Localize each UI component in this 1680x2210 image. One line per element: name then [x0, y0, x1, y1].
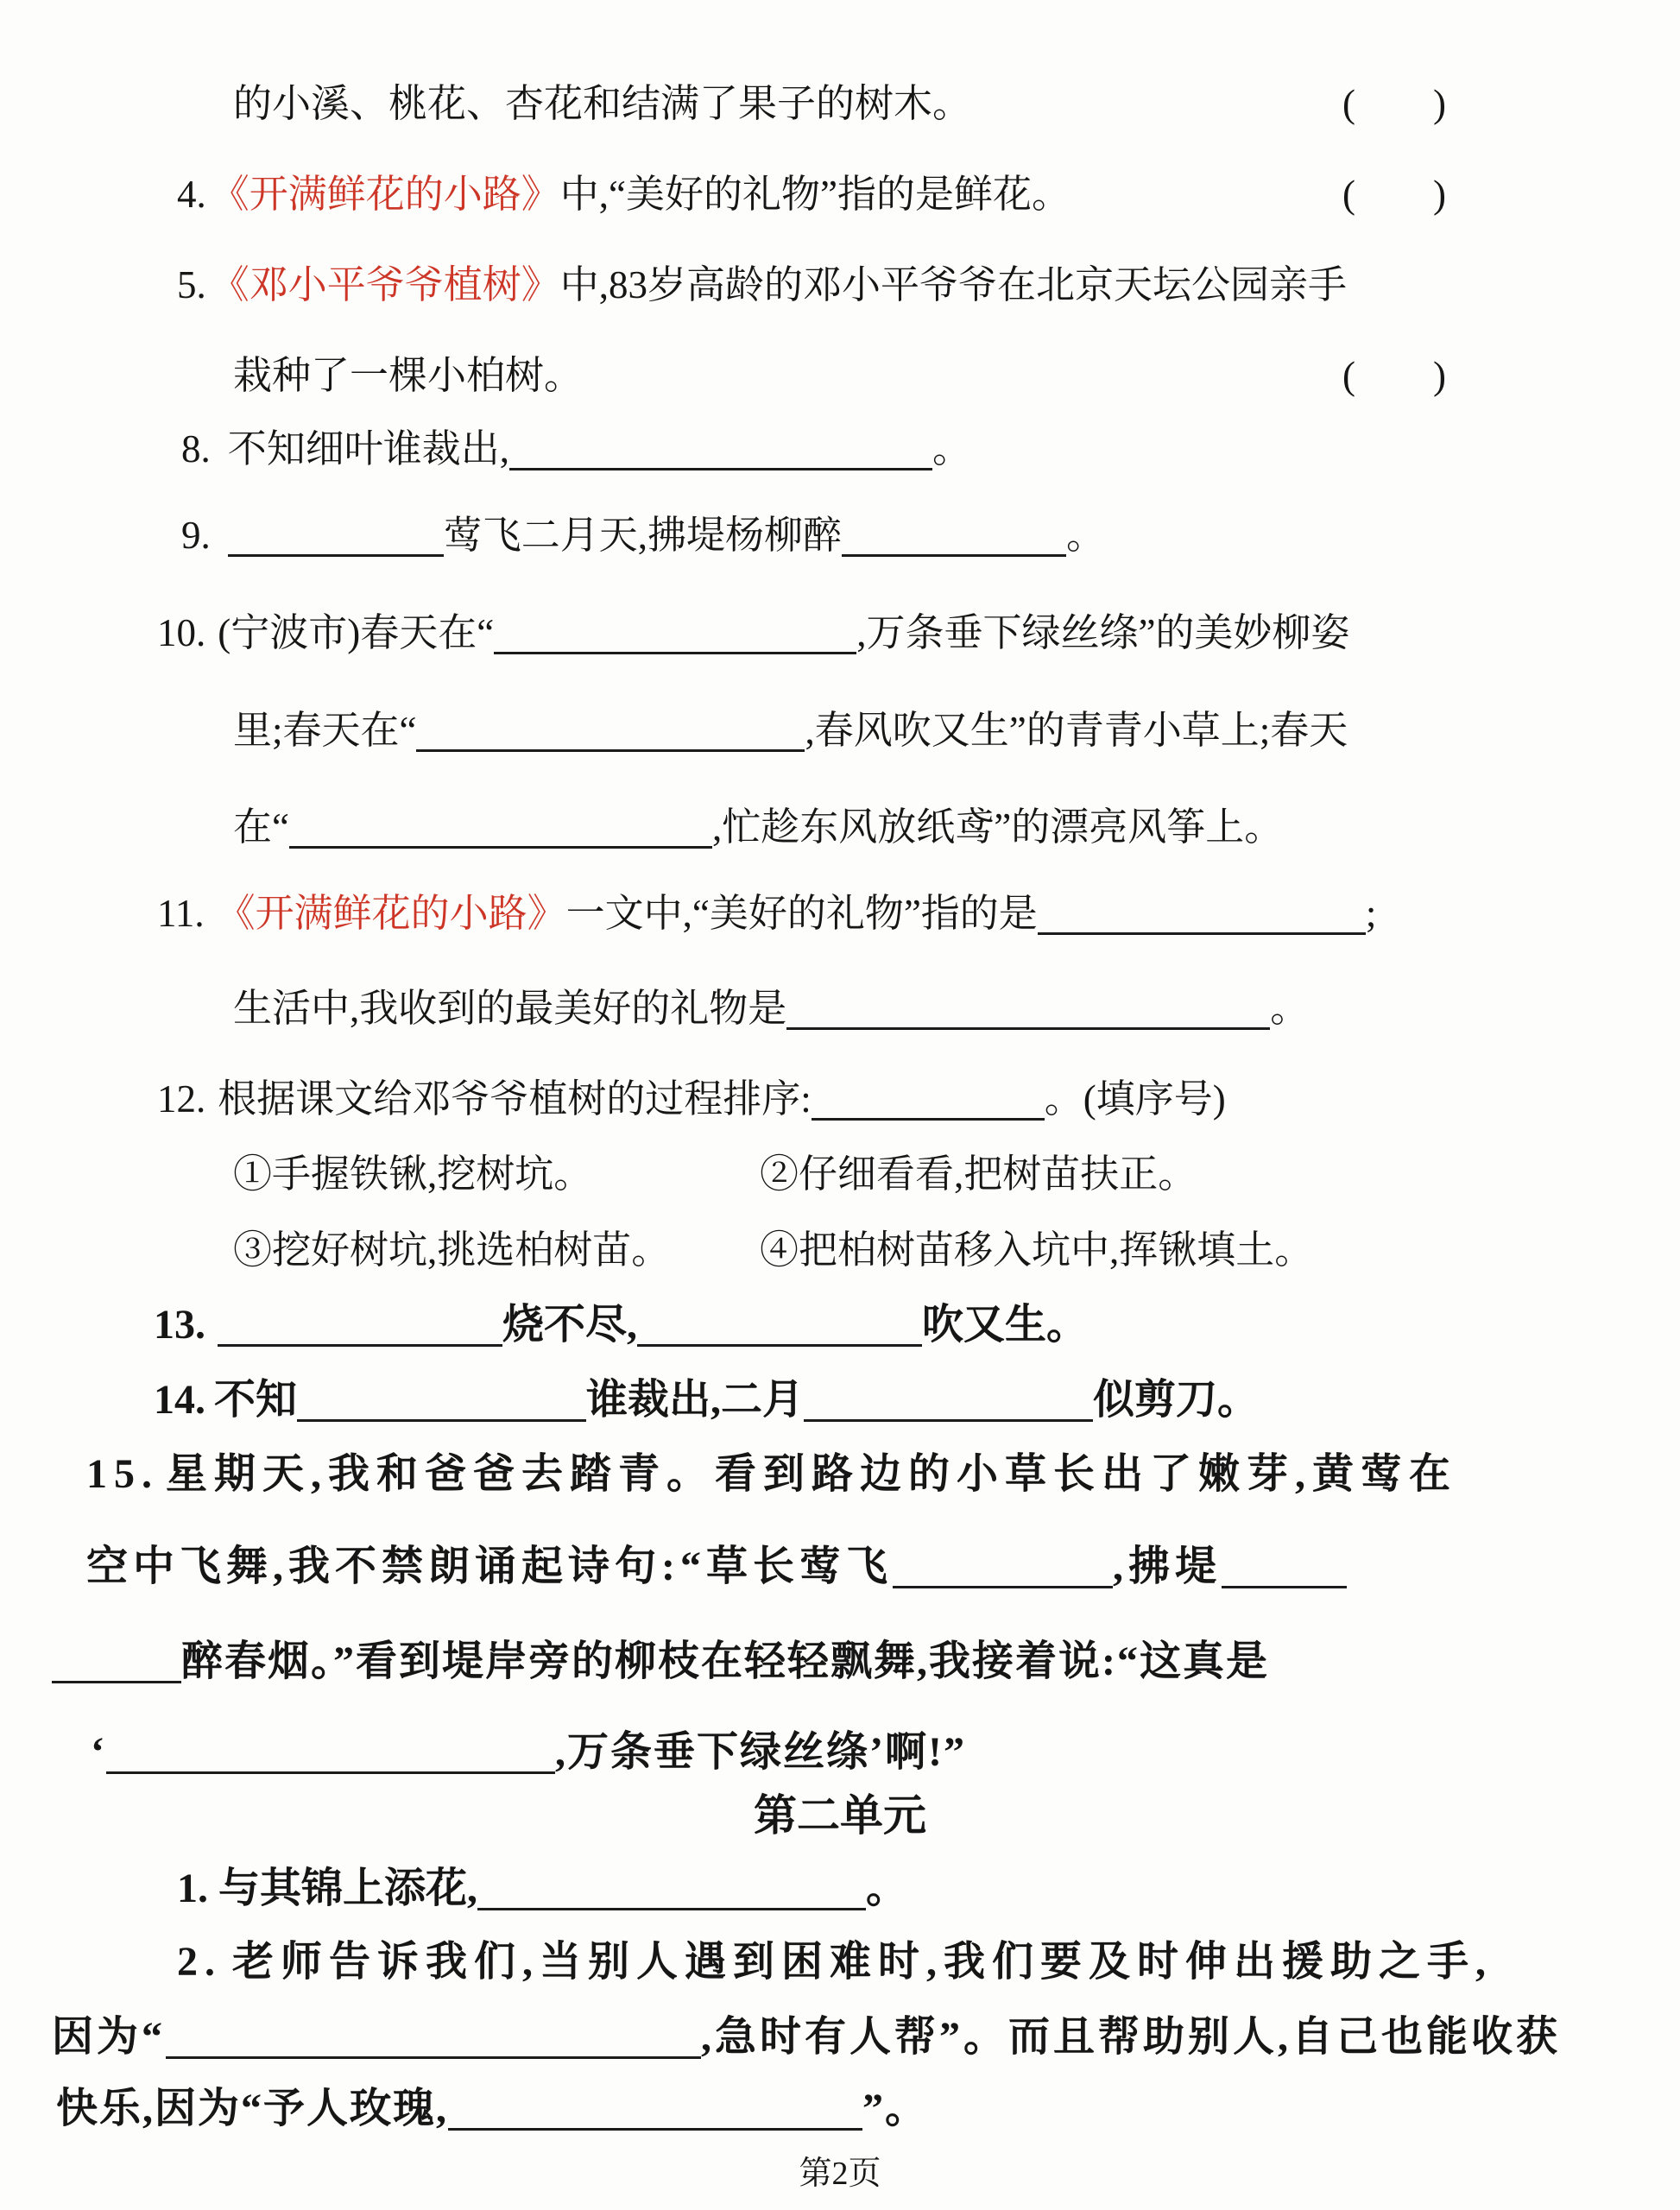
- punctuation: ‘: [91, 1729, 106, 1775]
- section-heading: 第二单元: [0, 1789, 1680, 1843]
- answer-brackets: ( ): [1342, 170, 1446, 218]
- question-text: ,春风吹又生”的青青小草上;春天: [805, 709, 1348, 752]
- question-text: 。(填序号): [1045, 1077, 1226, 1121]
- answer-blank: [494, 615, 856, 654]
- question-text: 星期天,我和爸爸去踏青。看到路边的小草长出了嫩芽,黄莺在: [166, 1451, 1457, 1497]
- answer-brackets: ( ): [1342, 79, 1446, 128]
- answer-blank: [786, 990, 1270, 1030]
- question-5-line: 5.《邓小平爷爷植树》中,83岁高龄的邓小平爷爷在北京天坛公园亲手: [0, 261, 1680, 309]
- book-title: 《开满鲜花的小路》: [211, 173, 560, 216]
- answer-blank: [1222, 1546, 1347, 1588]
- question-text: 生活中,我收到的最美好的礼物是: [233, 987, 786, 1030]
- question-text: (宁波市)春天在“: [218, 611, 494, 654]
- question-text: ,忙趁东风放纸鸢”的漂亮风筝上。: [712, 805, 1283, 849]
- question-number: 13.: [154, 1302, 205, 1348]
- question-number: 8.: [181, 427, 211, 470]
- question-text: 谁裁出,二月: [586, 1377, 804, 1423]
- question-text: ,急时有人帮”。而且帮助别人,自己也能收获: [701, 2014, 1561, 2060]
- s2-question-1-line: 1.与其锦上添花,。: [0, 1863, 1680, 1915]
- answer-blank: [842, 517, 1066, 557]
- question-text: 吹又生。: [922, 1302, 1088, 1348]
- question-number: 12.: [157, 1077, 205, 1121]
- question-text: 不知细叶谁裁出,: [228, 427, 509, 470]
- question-15-line4: ‘,万条垂下绿丝绦’啊!”: [0, 1727, 1680, 1778]
- question-number: 4.: [177, 173, 206, 216]
- question-number: 2.: [177, 1939, 222, 1985]
- answer-blank: [477, 1868, 866, 1910]
- question-10-line1: 10.(宁波市)春天在“,万条垂下绿丝绦”的美妙柳姿: [0, 609, 1680, 657]
- question-text: 与其锦上添花,: [218, 1866, 477, 1911]
- punctuation: 。: [932, 427, 971, 470]
- option-2: ②仔细看看,把树苗扶正。: [760, 1150, 1197, 1198]
- question-11-line2: 生活中,我收到的最美好的礼物是。: [0, 984, 1680, 1032]
- question-text: 中,“美好的礼物”指的是鲜花。: [560, 173, 1071, 216]
- answer-blank: [509, 431, 932, 470]
- question-14-line: 14.不知谁裁出,二月似剪刀。: [0, 1374, 1680, 1426]
- page-footer: 第2页: [0, 2154, 1680, 2195]
- book-title: 《开满鲜花的小路》: [217, 892, 566, 935]
- question-text: 因为“: [52, 2014, 166, 2060]
- question-text: 栽种了一棵小柏树。: [233, 354, 583, 397]
- worksheet-page: 的小溪、桃花、杏花和结满了果子的树木。 ( ) 4.《开满鲜花的小路》中,“美好…: [0, 0, 1680, 2210]
- answer-blank: [1038, 895, 1366, 935]
- question-4-line: 4.《开满鲜花的小路》中,“美好的礼物”指的是鲜花。 ( ): [0, 170, 1680, 218]
- question-text: 一文中,“美好的礼物”指的是: [566, 892, 1038, 935]
- option-4: ④把柏树苗移入坑中,挥锹填土。: [760, 1226, 1313, 1274]
- question-number: 5.: [177, 263, 206, 306]
- answer-blank: [812, 1081, 1045, 1121]
- q3-continuation-line: 的小溪、桃花、杏花和结满了果子的树木。 ( ): [0, 79, 1680, 128]
- question-10-line2: 里;春天在“,春风吹又生”的青青小草上;春天: [0, 706, 1680, 755]
- question-15-line1: 15.星期天,我和爸爸去踏青。看到路边的小草长出了嫩芽,黄莺在: [0, 1449, 1680, 1500]
- book-title: 《邓小平爷爷植树》: [211, 263, 560, 306]
- question-text: ,拂堤: [1113, 1544, 1222, 1589]
- answer-blank: [106, 1732, 555, 1774]
- question-5-continuation: 栽种了一棵小柏树。 ( ): [0, 351, 1680, 400]
- punctuation: 。: [866, 1866, 907, 1911]
- punctuation: ;: [1366, 892, 1377, 935]
- question-number: 15.: [86, 1451, 159, 1497]
- question-15-line3: 醉春烟。”看到堤岸旁的柳枝在轻轻飘舞,我接着说:“这真是: [0, 1636, 1680, 1688]
- question-text: 中,83岁高龄的邓小平爷爷在北京天坛公园亲手: [560, 263, 1347, 306]
- question-text: 醉春烟。”看到堤岸旁的柳枝在轻轻飘舞,我接着说:“这真是: [181, 1639, 1269, 1684]
- answer-blank: [448, 2088, 862, 2131]
- punctuation: ”。: [862, 2086, 928, 2131]
- answer-blank: [637, 1304, 922, 1347]
- question-10-line3: 在“,忙趁东风放纸鸢”的漂亮风筝上。: [0, 803, 1680, 851]
- question-text: 烧不尽,: [502, 1302, 637, 1348]
- question-text: 不知: [214, 1377, 297, 1423]
- answer-blank: [52, 1641, 181, 1683]
- question-number: 1.: [177, 1866, 208, 1911]
- question-text: 空中飞舞,我不禁朗诵起诗句:“草长莺飞: [86, 1544, 893, 1589]
- question-text: 根据课文给邓爷爷植树的过程排序:: [218, 1077, 812, 1121]
- question-number: 14.: [154, 1377, 205, 1423]
- question-text: 的小溪、桃花、杏花和结满了果子的树木。: [233, 82, 971, 125]
- question-text: 莺飞二月天,拂堤杨柳醉: [444, 514, 842, 557]
- answer-blank: [893, 1546, 1113, 1588]
- question-number: 9.: [181, 514, 211, 557]
- question-text: 在“: [233, 805, 289, 849]
- question-number: 11.: [157, 892, 205, 935]
- s2-question-2-line2: 因为“,急时有人帮”。而且帮助别人,自己也能收获: [0, 2011, 1680, 2063]
- answer-blank: [228, 517, 444, 557]
- answer-blank: [218, 1304, 502, 1347]
- question-12-options-row1: ①手握铁锹,挖树坑。 ②仔细看看,把树苗扶正。: [0, 1150, 1680, 1198]
- option-3: ③挖好树坑,挑选柏树苗。: [233, 1228, 670, 1272]
- question-8-line: 8.不知细叶谁裁出,。: [0, 425, 1680, 473]
- question-15-line2: 空中飞舞,我不禁朗诵起诗句:“草长莺飞,拂堤: [0, 1541, 1680, 1593]
- question-text: 里;春天在“: [233, 709, 416, 752]
- option-1: ①手握铁锹,挖树坑。: [233, 1152, 592, 1196]
- question-9-line: 9.莺飞二月天,拂堤杨柳醉。: [0, 511, 1680, 559]
- question-12-line: 12.根据课文给邓爷爷植树的过程排序:。(填序号): [0, 1075, 1680, 1123]
- question-text: 快乐,因为“予人玫瑰,: [56, 2086, 448, 2131]
- question-text: ,万条垂下绿丝绦’啊!”: [555, 1729, 966, 1775]
- answer-blank: [297, 1380, 586, 1422]
- s2-question-2-line3: 快乐,因为“予人玫瑰,”。: [0, 2083, 1680, 2135]
- question-12-options-row2: ③挖好树坑,挑选柏树苗。 ④把柏树苗移入坑中,挥锹填土。: [0, 1226, 1680, 1274]
- answer-blank: [804, 1380, 1093, 1422]
- punctuation: 。: [1270, 987, 1309, 1030]
- s2-question-2-line1: 2.老师告诉我们,当别人遇到困难时,我们要及时伸出援助之手,: [0, 1936, 1680, 1988]
- answer-blank: [289, 809, 712, 849]
- question-text: ,万条垂下绿丝绦”的美妙柳姿: [856, 611, 1349, 654]
- punctuation: 。: [1066, 514, 1105, 557]
- answer-blank: [166, 2017, 701, 2059]
- page-number: 第2页: [799, 2156, 881, 2192]
- answer-blank: [416, 712, 805, 752]
- question-text: 老师告诉我们,当别人遇到困难时,我们要及时伸出援助之手,: [232, 1939, 1493, 1985]
- question-13-line: 13.烧不尽,吹又生。: [0, 1299, 1680, 1351]
- question-number: 10.: [157, 611, 205, 654]
- answer-brackets: ( ): [1342, 351, 1446, 400]
- question-11-line1: 11.《开满鲜花的小路》一文中,“美好的礼物”指的是;: [0, 889, 1680, 938]
- section-title: 第二单元: [754, 1791, 926, 1840]
- question-text: 似剪刀。: [1093, 1377, 1259, 1423]
